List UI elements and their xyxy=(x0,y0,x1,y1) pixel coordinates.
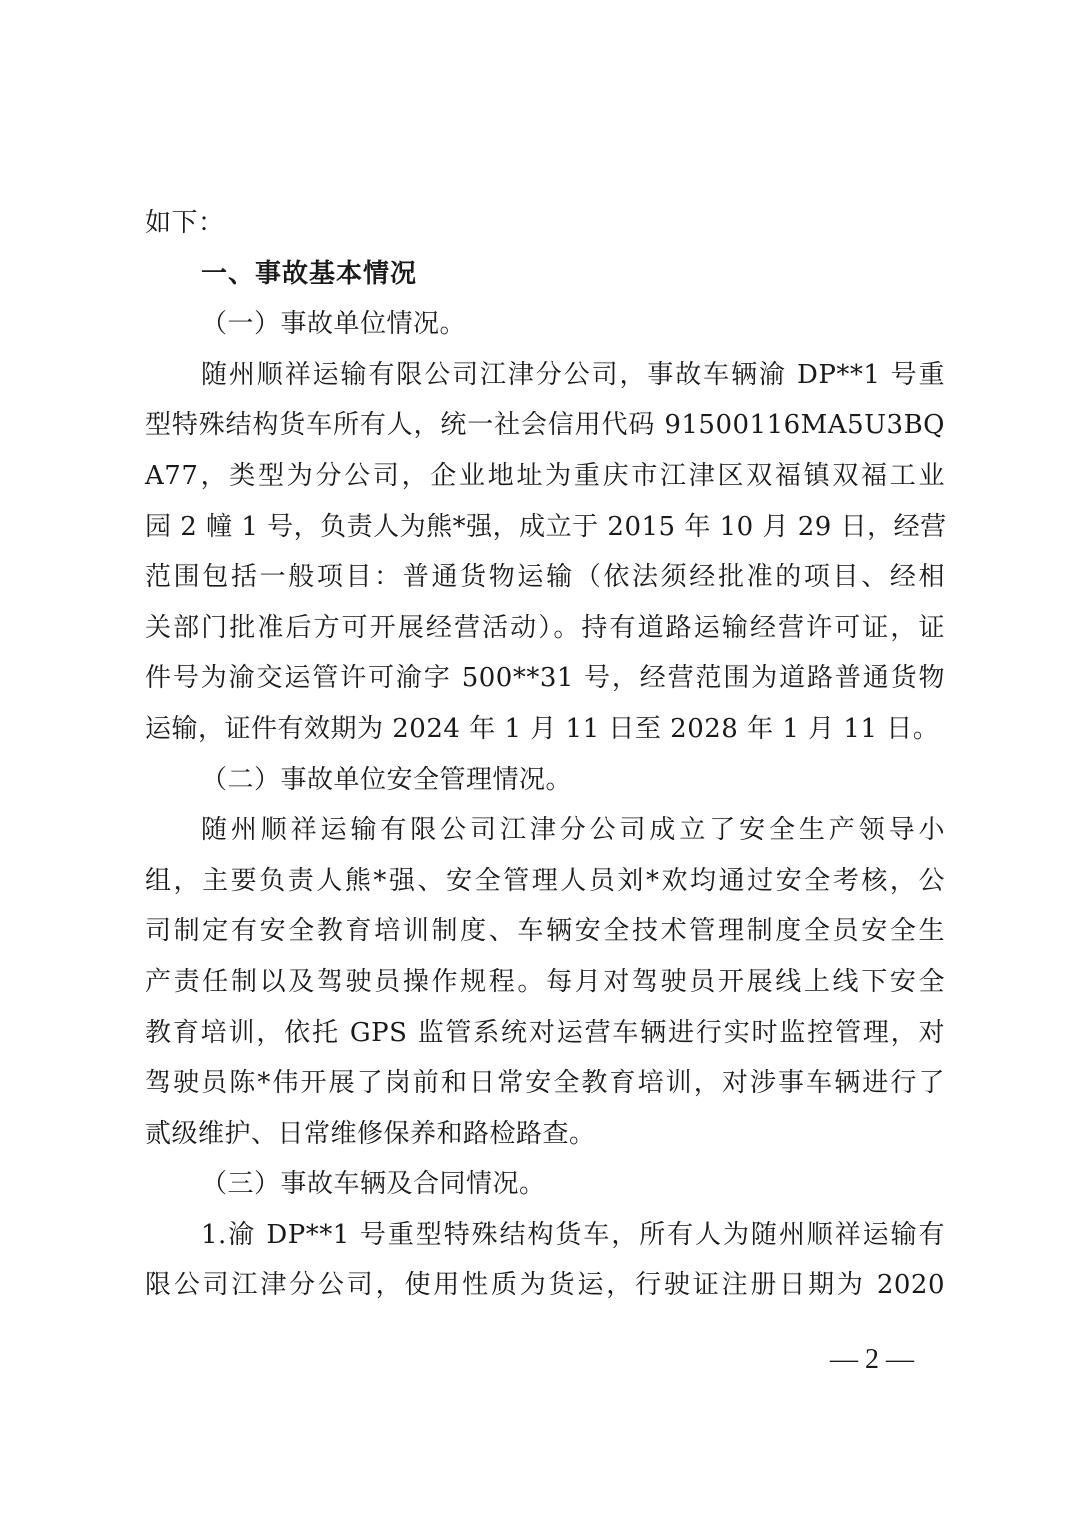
subsection-heading: （三）事故车辆及合同情况。 xyxy=(145,1159,945,1210)
paragraph-line: 型特殊结构货车所有人，统一社会信用代码 91500116MA5U3BQ xyxy=(145,400,945,451)
paragraph-line: 驾驶员陈*伟开展了岗前和日常安全教育培训，对涉事车辆进行了 xyxy=(145,1058,945,1109)
paragraph-line: 随州顺祥运输有限公司江津分公司成立了安全生产领导小 xyxy=(145,805,945,856)
paragraph-line: A77，类型为分公司，企业地址为重庆市江津区双福镇双福工业 xyxy=(145,451,945,502)
intro-line: 如下： xyxy=(145,198,945,249)
page-number: — 2 — xyxy=(822,1340,922,1380)
paragraph-line: 关部门批准后方可开展经营活动）。持有道路运输经营许可证，证 xyxy=(145,603,945,654)
subsection-heading: （一）事故单位情况。 xyxy=(145,299,945,350)
paragraph-line: 限公司江津分公司，使用性质为货运，行驶证注册日期为 2020 xyxy=(145,1260,945,1311)
paragraph-line: 贰级维护、日常维修保养和路检路查。 xyxy=(145,1109,945,1160)
paragraph-line: 运输，证件有效期为 2024 年 1 月 11 日至 2028 年 1 月 11… xyxy=(145,704,945,755)
section-heading: 一、事故基本情况 xyxy=(145,249,945,300)
paragraph-line: 1.渝 DP**1 号重型特殊结构货车，所有人为随州顺祥运输有 xyxy=(145,1210,945,1261)
document-page: 如下： 一、事故基本情况 （一）事故单位情况。 随州顺祥运输有限公司江津分公司，… xyxy=(145,198,945,1311)
paragraph-line: 范围包括一般项目：普通货物运输（依法须经批准的项目、经相 xyxy=(145,552,945,603)
paragraph-line: 园 2 幢 1 号，负责人为熊*强，成立于 2015 年 10 月 29 日，经… xyxy=(145,502,945,553)
paragraph-line: 随州顺祥运输有限公司江津分公司，事故车辆渝 DP**1 号重 xyxy=(145,350,945,401)
paragraph-line: 组，主要负责人熊*强、安全管理人员刘*欢均通过安全考核，公 xyxy=(145,856,945,907)
paragraph-line: 产责任制以及驾驶员操作规程。每月对驾驶员开展线上线下安全 xyxy=(145,957,945,1008)
paragraph-line: 件号为渝交运管许可渝字 500**31 号，经营范围为道路普通货物 xyxy=(145,653,945,704)
paragraph-line: 司制定有安全教育培训制度、车辆安全技术管理制度全员安全生 xyxy=(145,906,945,957)
subsection-heading: （二）事故单位安全管理情况。 xyxy=(145,755,945,806)
paragraph-line: 教育培训，依托 GPS 监管系统对运营车辆进行实时监控管理，对 xyxy=(145,1008,945,1059)
